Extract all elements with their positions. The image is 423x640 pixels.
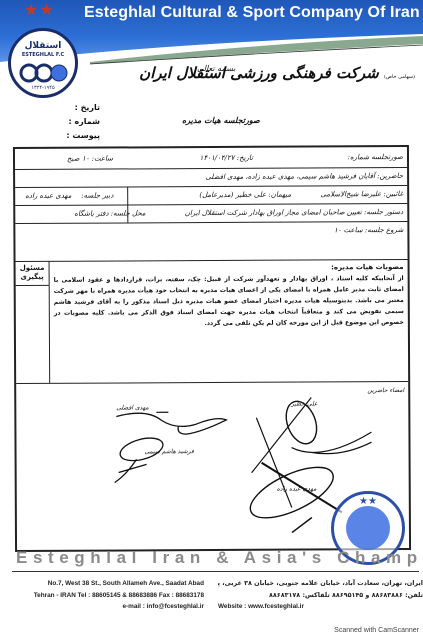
followup-label: مسئول پیگیری	[16, 264, 49, 286]
session-time: ساعت: ۱۰ صبح	[63, 148, 117, 168]
email-link[interactable]: e-mail : info@fcesteghlal.ir	[14, 601, 204, 613]
star-icons: ★★	[24, 0, 55, 19]
session-date: تاریخ: ۱۴۰۱/۰۴/۲۷	[196, 148, 257, 168]
date-label: تاریخ :	[64, 101, 100, 115]
logo-years: ۱۳۲۴-۱۹۴۵	[11, 85, 75, 91]
signatory-name: مهدی عبده زاده	[277, 485, 317, 492]
signatory-name: علی خطیر	[291, 400, 317, 407]
company-name-fa: (سهامی خاص) شرکت فرهنگی ورزشی استقلال ای…	[139, 64, 415, 82]
decisions-text: از آنجاییکه کلیه اسناد ، اوراق بهادار و …	[54, 273, 404, 330]
time-value: ۱۰ صبح	[67, 155, 89, 163]
session-start: شروع جلسه: ساعت ۱۰	[330, 221, 408, 239]
address-fa-line1: ایران، تهران، سعادت آباد، خیابان علامه ج…	[218, 578, 423, 590]
number-label: شماره :	[64, 115, 100, 129]
attendees: حاضرین: آقایان فرشید هاشم سیمی، مهدی عبد…	[201, 167, 407, 186]
club-logo: استقلال ESTEGHLAL F.C ۱۳۲۴-۱۹۴۵	[8, 28, 78, 98]
address-en: No.7, West 38 St., South Allameh Ave., S…	[14, 578, 204, 613]
time-label: ساعت:	[92, 155, 113, 163]
agenda: دستور جلسه: تعیین صاحبان امضای مجاز اورا…	[181, 203, 408, 222]
attachment-label: پیوست :	[64, 129, 100, 143]
date-value: ۱۴۰۱/۰۴/۲۷	[200, 154, 235, 162]
decisions-body: مصوبات هیات مدیره: از آنجاییکه کلیه اسنا…	[54, 262, 404, 330]
followup-column: مسئول پیگیری	[16, 261, 51, 383]
address-fa: ایران، تهران، سعادت آباد، خیابان علامه ج…	[218, 578, 423, 613]
logo-name-en: ESTEGHLAL F.C	[11, 52, 75, 58]
column-divider	[127, 186, 128, 204]
stamp-emblem	[346, 506, 390, 550]
signatory-name: فرشید هاشم سیمی	[145, 448, 194, 455]
company-type: (سهامی خاص)	[384, 74, 415, 80]
row-session-start: شروع جلسه: ساعت ۱۰	[15, 221, 407, 262]
absentees: غائبین: علیرضا شیخ‌الاسلامی	[316, 185, 407, 203]
date-label: تاریخ:	[237, 154, 253, 162]
minutes-frame: صورتجلسه شماره: تاریخ: ۱۴۰۱/۰۴/۲۷ ساعت: …	[13, 145, 411, 552]
address-fa-line2: تلفن: ۸۸۶۸۳۸۸۶ و ۸۸۶۹۵۱۴۵ تلفاکس: ۸۸۶۸۳۱…	[218, 590, 423, 602]
bismillah: بسمه تعالی	[197, 64, 235, 73]
location: محل جلسه: دفتر باشگاه	[70, 204, 149, 222]
session-number-label: صورتجلسه شماره:	[344, 147, 408, 167]
letter-meta: تاریخ : شماره : پیوست :	[64, 101, 100, 143]
footer-slogan: Esteghlal Iran & Asia's Champion 1971-19…	[16, 548, 423, 568]
secretary-value: مهدی عبده زاده	[21, 187, 75, 205]
logo-name-fa: استقلال	[11, 41, 75, 51]
company-name-en: Esteghlal Cultural & Sport Company Of Ir…	[84, 4, 420, 22]
scanner-watermark: Scanned with CamScanner	[334, 627, 419, 634]
subject-heading: صورتجلسه هیات مدیره	[182, 116, 260, 125]
company-name-fa-text: شرکت فرهنگی ورزشی استقلال ایران	[139, 64, 379, 82]
signatory-name: مهدی افضلی	[116, 404, 149, 411]
address-en-line1: No.7, West 38 St., South Allameh Ave., S…	[14, 578, 204, 590]
signature-left	[106, 404, 236, 485]
address-en-line2: Tehran - IRAN Tel : 88605145 & 88683886 …	[14, 590, 204, 602]
footer-divider	[12, 571, 419, 572]
invitees: میهمان: علی خطیر (مدیرعامل)	[195, 186, 295, 205]
logo-rings-icon	[19, 63, 69, 83]
decisions-section: مسئول پیگیری مصوبات هیات مدیره: از آنجای…	[16, 259, 409, 384]
secretary-label: دبیر جلسه:	[77, 186, 117, 204]
website-link[interactable]: Website : www.fcesteghlal.ir	[218, 601, 423, 613]
